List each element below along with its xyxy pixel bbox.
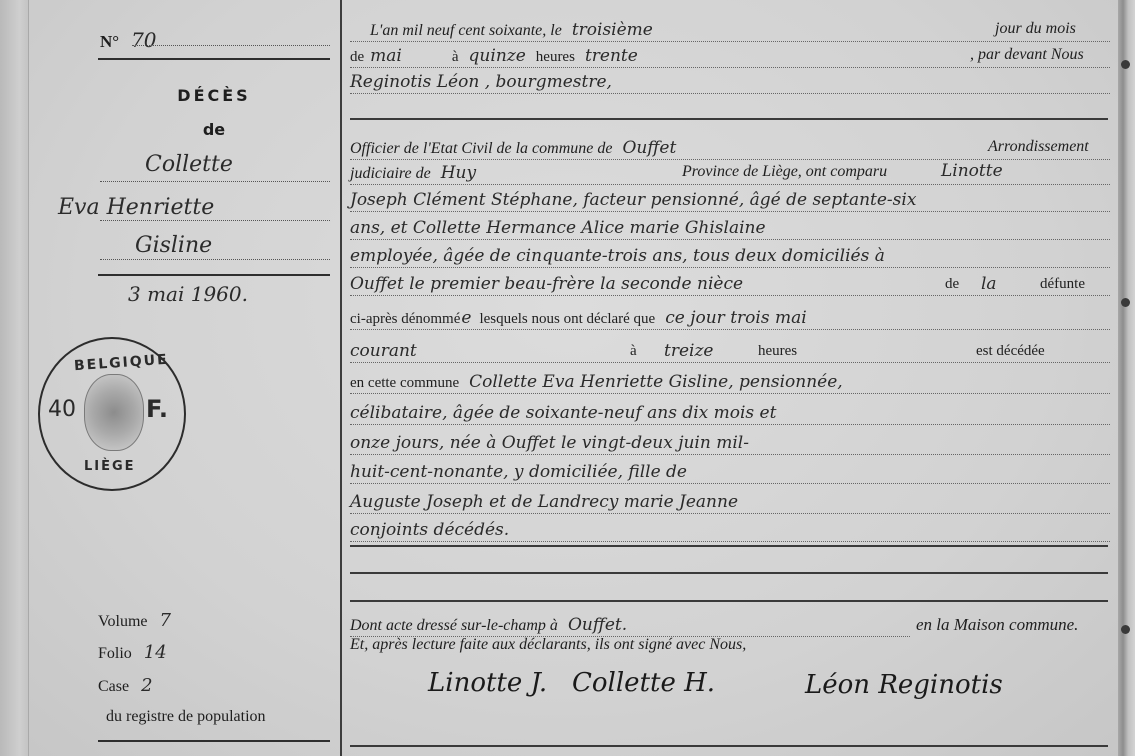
stamp-country: BELGIQUE	[74, 352, 170, 375]
act-number: N° 70	[100, 28, 330, 50]
case-row: Case 2	[98, 675, 330, 696]
folio-row: Folio 14	[98, 642, 330, 663]
act-line-16: Auguste Joseph et de Landrecy marie Jean…	[350, 492, 1110, 518]
register-page: N° 70 DÉCÈS de Collette Eva Henriette Gi…	[0, 0, 1135, 756]
title-de: de	[98, 120, 330, 139]
stamp-value: 40	[48, 397, 76, 422]
act-line-6: Joseph Clément Stéphane, facteur pension…	[350, 190, 1110, 216]
signature-declarant-1: Linotte J.	[428, 668, 547, 698]
page-title: DÉCÈS	[98, 86, 330, 105]
act-line-10: ci-après dénommée lesquels nous ont décl…	[350, 308, 1110, 334]
deceased-given-names: Eva Henriette	[58, 195, 214, 220]
act-line-7: ans, et Collette Hermance Alice marie Gh…	[350, 218, 1110, 244]
case-value: 2	[141, 675, 152, 696]
fiscal-stamp: BELGIQUE 40 F. LIÈGE	[38, 337, 186, 491]
act-line-11: courant à treize heures est décédée	[350, 341, 1110, 367]
stamp-unit: F.	[146, 395, 168, 423]
signature-officer: Léon Reginotis	[805, 670, 1003, 700]
act-line-1: L'an mil neuf cent soixante, le troisièm…	[350, 20, 1110, 46]
deceased-surname: Collette	[145, 152, 233, 177]
act-line-5: judiciaire de Huy Province de Liège, ont…	[350, 163, 1110, 189]
column-divider	[340, 0, 342, 756]
folio-value: 14	[144, 642, 167, 663]
number-label: N°	[100, 32, 119, 51]
register-footer: du registre de population	[106, 708, 266, 726]
margin-column: N° 70 DÉCÈS de Collette Eva Henriette Gi…	[0, 0, 340, 756]
act-line-15: huit-cent-nonante, y domiciliée, fille d…	[350, 462, 1110, 488]
act-line-14: onze jours, née à Ouffet le vingt-deux j…	[350, 433, 1110, 459]
deceased-given-names-2: Gisline	[135, 233, 212, 258]
act-line-17: conjoints décédés.	[350, 520, 1110, 546]
act-line-2: demai à quinze heures trente , par devan…	[350, 46, 1110, 72]
coat-of-arms-icon	[84, 374, 144, 451]
closing-line-2: Et, après lecture faite aux déclarants, …	[350, 636, 1110, 662]
volume-value: 7	[159, 610, 170, 631]
volume-row: Volume 7	[98, 610, 330, 631]
act-line-3: Reginotis Léon , bourgmestre,	[350, 72, 1110, 98]
act-body: L'an mil neuf cent soixante, le troisièm…	[350, 0, 1115, 756]
signature-declarant-2: Collette H.	[572, 668, 715, 698]
act-line-13: célibataire, âgée de soixante-neuf ans d…	[350, 403, 1110, 429]
death-date: 3 mai 1960.	[128, 282, 248, 306]
stamp-city: LIÈGE	[84, 459, 136, 474]
rule	[98, 58, 330, 60]
book-binding	[1118, 0, 1135, 756]
act-line-9: Ouffet le premier beau-frère la seconde …	[350, 274, 1110, 300]
act-line-8: employée, âgée de cinquante-trois ans, t…	[350, 246, 1110, 272]
act-line-12: en cette commune Collette Eva Henriette …	[350, 372, 1110, 398]
number-value: 70	[131, 28, 156, 52]
